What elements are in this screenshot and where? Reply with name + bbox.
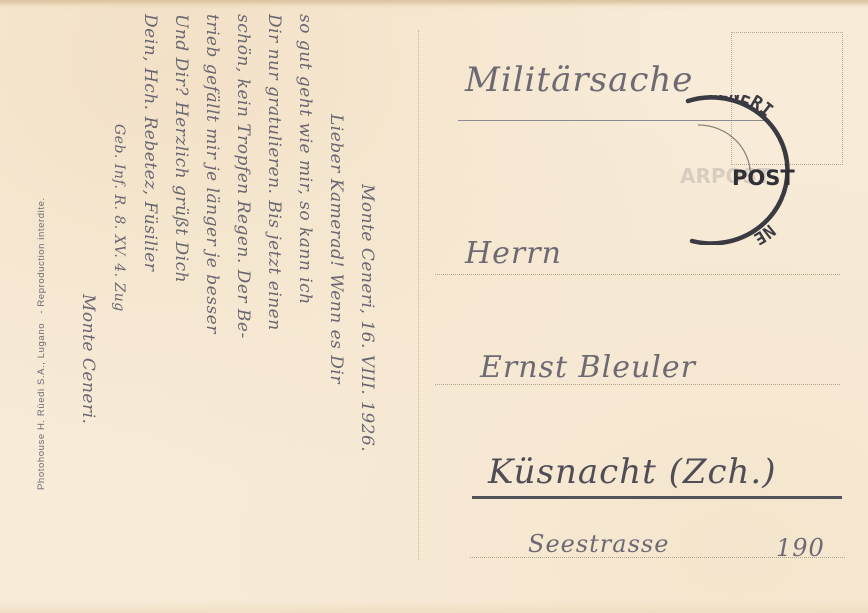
message-line: so gut geht wie mir, so kann ich [289,14,320,604]
address-header: Militärsache [465,60,693,100]
message-line: schön, kein Tropfen Regen. Der Be- [227,14,258,604]
message-line: Dir nur gratulieren. Bis jetzt einen [258,14,289,604]
postmark-icon: ARPOST CENERI POST NE [640,95,796,245]
message-line: Und Dir? Herzlich grüßt Dich [165,14,196,604]
postcard-back: Photohouse H. Rüedi S.A., Lugano - Repro… [0,0,868,613]
message-line: trieb gefällt mir je länger je besser [196,14,227,604]
message-signature-place: Monte Ceneri. [72,14,103,604]
svg-text:NE: NE [750,220,779,245]
postmark-center-text: POST [732,166,795,190]
copyright-notice: - Reproduction interdite. [36,197,47,313]
handwritten-message: Monte Ceneri, 16. VIII. 1926. Lieber Kam… [72,14,382,604]
postmark-arc-text: CENERI [706,95,777,121]
center-divider [418,30,419,560]
message-line-unit: Geb. Inf. R. 8. XV. 4. Zug [103,14,134,604]
message-line-date: Monte Ceneri, 16. VIII. 1926. [351,14,382,604]
address-street: Seestrasse [528,530,669,558]
address-name: Ernst Bleuler [480,350,696,385]
card-edge [0,0,868,6]
address-salutation: Herrn [465,236,562,271]
publisher-name: Photohouse H. Rüedi S.A., Lugano [36,323,47,490]
address-line-1 [435,274,840,275]
address-line-2 [435,384,840,385]
svg-text:CENERI: CENERI [706,95,777,121]
message-line: Dein, Hch. Rebetez, Füsilier [134,14,165,604]
address-line-4 [470,557,845,558]
address-city: Küsnacht (Zch.) [488,452,776,492]
publisher-credit: Photohouse H. Rüedi S.A., Lugano - Repro… [36,191,47,490]
postmark-lower-text: NE [750,220,779,245]
message-line: Lieber Kamerad! Wenn es Dir [320,14,351,604]
address-line-3 [472,496,842,499]
